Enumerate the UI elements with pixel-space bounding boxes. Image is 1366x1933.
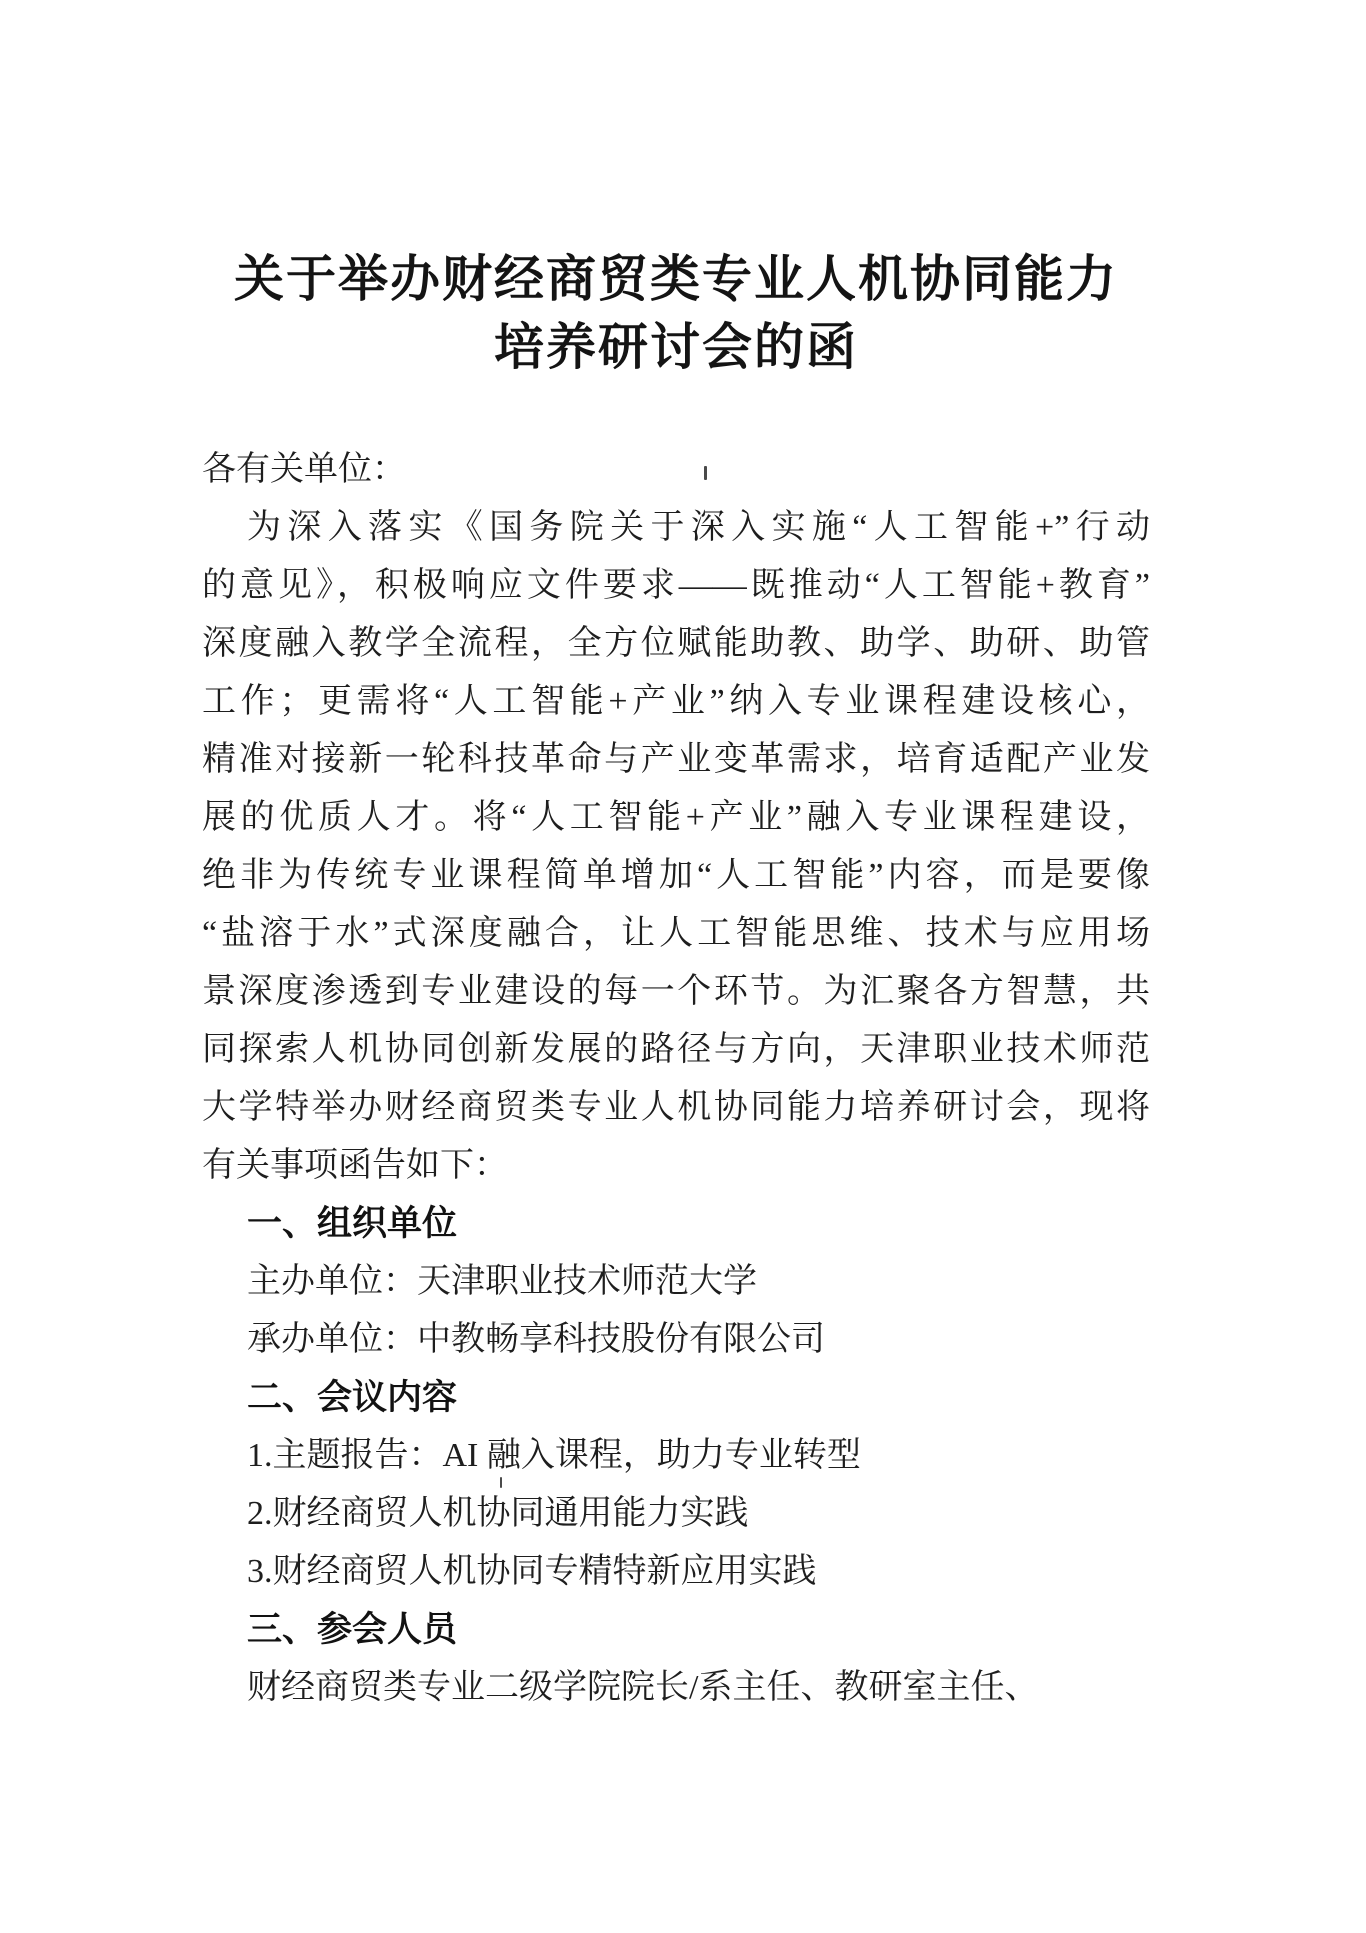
section-heading-agenda: 二、会议内容: [202, 1369, 1150, 1427]
paragraph-line: 同探索人机协同创新发展的路径与方向，天津职业技术师范: [202, 1021, 1150, 1079]
document-body: 各有关单位： 为深入落实《国务院关于深入实施“人工智能+”行动 的意见》，积极响…: [202, 441, 1150, 1717]
salutation: 各有关单位：: [202, 441, 1150, 499]
title-line-1: 关于举办财经商贸类专业人机协同能力: [202, 245, 1150, 313]
title-line-2: 培养研讨会的函: [202, 313, 1150, 381]
paragraph-line: 为深入落实《国务院关于深入实施“人工智能+”行动: [202, 499, 1150, 557]
organizer-host-line: 主办单位：天津职业技术师范大学: [202, 1253, 1150, 1311]
paragraph-line: 展的优质人才。将“人工智能+产业”融入专业课程建设，: [202, 789, 1150, 847]
paragraph-line: 绝非为传统专业课程简单增加“人工智能”内容，而是要像: [202, 847, 1150, 905]
paragraph-line: 精准对接新一轮科技革命与产业变革需求，培育适配产业发: [202, 731, 1150, 789]
scan-artifact-mark: [500, 1477, 502, 1488]
agenda-item-3: 3.财经商贸人机协同专精特新应用实践: [202, 1543, 1150, 1601]
paragraph-line: 工作；更需将“人工智能+产业”纳入专业课程建设核心，: [202, 673, 1150, 731]
document-title: 关于举办财经商贸类专业人机协同能力 培养研讨会的函: [202, 245, 1150, 381]
section-heading-organizers: 一、组织单位: [202, 1195, 1150, 1253]
agenda-item-2: 2.财经商贸人机协同通用能力实践: [202, 1485, 1150, 1543]
document-page: 关于举办财经商贸类专业人机协同能力 培养研讨会的函 各有关单位： 为深入落实《国…: [0, 0, 1366, 1933]
paragraph-line: 大学特举办财经商贸类专业人机协同能力培养研讨会，现将: [202, 1079, 1150, 1137]
paragraph-line: 景深度渗透到专业建设的每一个环节。为汇聚各方智慧，共: [202, 963, 1150, 1021]
section-heading-participants: 三、参会人员: [202, 1601, 1150, 1659]
agenda-item-1: 1.主题报告：AI 融入课程，助力专业转型: [202, 1427, 1150, 1485]
paragraph-line: 有关事项函告如下：: [202, 1137, 1150, 1195]
paragraph-line: 的意见》，积极响应文件要求——既推动“人工智能+教育”: [202, 557, 1150, 615]
scan-artifact-mark: [704, 466, 707, 480]
paragraph-line: “盐溶于水”式深度融合，让人工智能思维、技术与应用场: [202, 905, 1150, 963]
organizer-undertaker-line: 承办单位：中教畅享科技股份有限公司: [202, 1311, 1150, 1369]
paragraph-line: 深度融入教学全流程，全方位赋能助教、助学、助研、助管: [202, 615, 1150, 673]
participants-line: 财经商贸类专业二级学院院长/系主任、教研室主任、: [202, 1659, 1150, 1717]
document-content: 关于举办财经商贸类专业人机协同能力 培养研讨会的函 各有关单位： 为深入落实《国…: [202, 245, 1150, 1717]
